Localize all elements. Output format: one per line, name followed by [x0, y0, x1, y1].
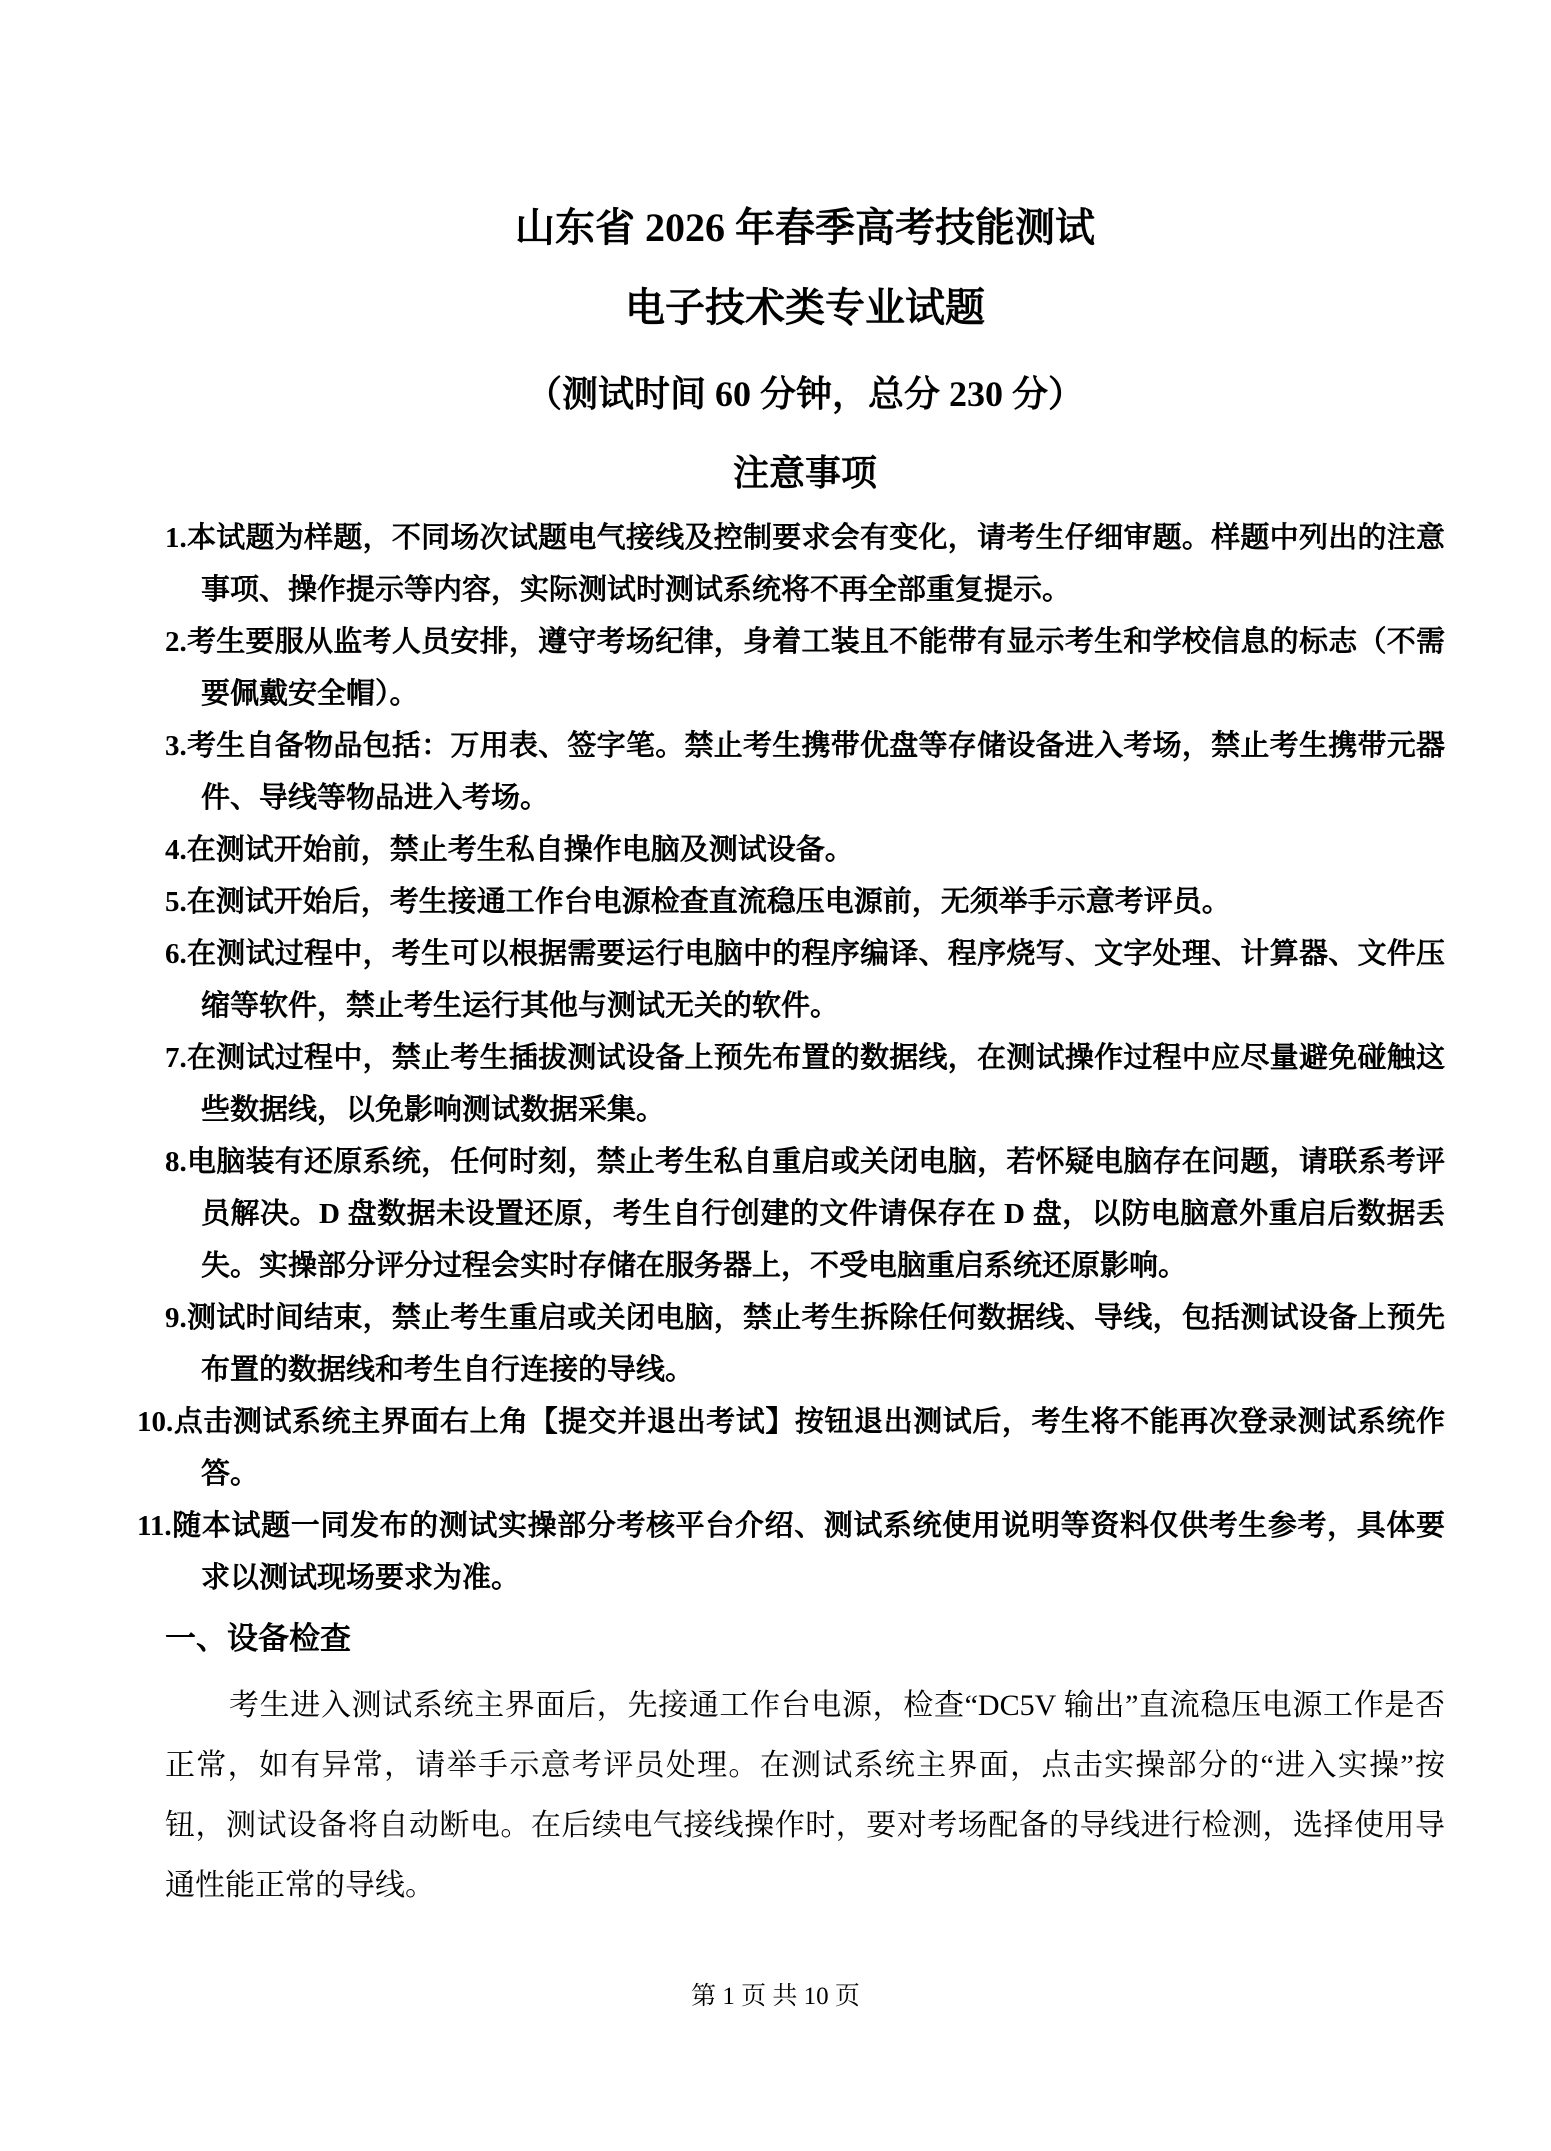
exam-time-score-meta: （测试时间 60 分钟，总分 230 分） [165, 374, 1445, 414]
notices-list: 1.本试题为样题，不同场次试题电气接线及控制要求会有变化，请考生仔细审题。样题中… [165, 512, 1445, 1604]
notices-heading: 注意事项 [165, 454, 1445, 492]
page-title: 山东省 2026 年春季高考技能测试 [165, 206, 1445, 250]
section-1-heading: 一、设备检查 [165, 1618, 1445, 1660]
notice-item-7: 7.在测试过程中，禁止考生插拔测试设备上预先布置的数据线，在测试操作过程中应尽量… [165, 1032, 1445, 1136]
page-number-footer: 第 1 页 共 10 页 [0, 1982, 1551, 2012]
notice-item-3: 3.考生自备物品包括：万用表、签字笔。禁止考生携带优盘等存储设备进入考场，禁止考… [165, 720, 1445, 824]
notice-item-2: 2.考生要服从监考人员安排，遵守考场纪律，身着工装且不能带有显示考生和学校信息的… [165, 616, 1445, 720]
notice-item-6: 6.在测试过程中，考生可以根据需要运行电脑中的程序编译、程序烧写、文字处理、计算… [165, 928, 1445, 1032]
notice-item-5: 5.在测试开始后，考生接通工作台电源检查直流稳压电源前，无须举手示意考评员。 [165, 876, 1445, 928]
notice-item-9: 9.测试时间结束，禁止考生重启或关闭电脑，禁止考生拆除任何数据线、导线，包括测试… [165, 1292, 1445, 1396]
section-1-paragraph: 考生进入测试系统主界面后，先接通工作台电源，检查“DC5V 输出”直流稳压电源工… [165, 1676, 1445, 1916]
notice-item-10: 10.点击测试系统主界面右上角【提交并退出考试】按钮退出测试后，考生将不能再次登… [137, 1396, 1445, 1500]
page-subtitle: 电子技术类专业试题 [165, 286, 1445, 330]
notice-item-4: 4.在测试开始前，禁止考生私自操作电脑及测试设备。 [165, 824, 1445, 876]
exam-paper-page: 山东省 2026 年春季高考技能测试 电子技术类专业试题 （测试时间 60 分钟… [0, 0, 1551, 2151]
notice-item-11: 11.随本试题一同发布的测试实操部分考核平台介绍、测试系统使用说明等资料仅供考生… [137, 1500, 1445, 1604]
notice-item-8: 8.电脑装有还原系统，任何时刻，禁止考生私自重启或关闭电脑，若怀疑电脑存在问题，… [165, 1136, 1445, 1292]
notice-item-1: 1.本试题为样题，不同场次试题电气接线及控制要求会有变化，请考生仔细审题。样题中… [165, 512, 1445, 616]
